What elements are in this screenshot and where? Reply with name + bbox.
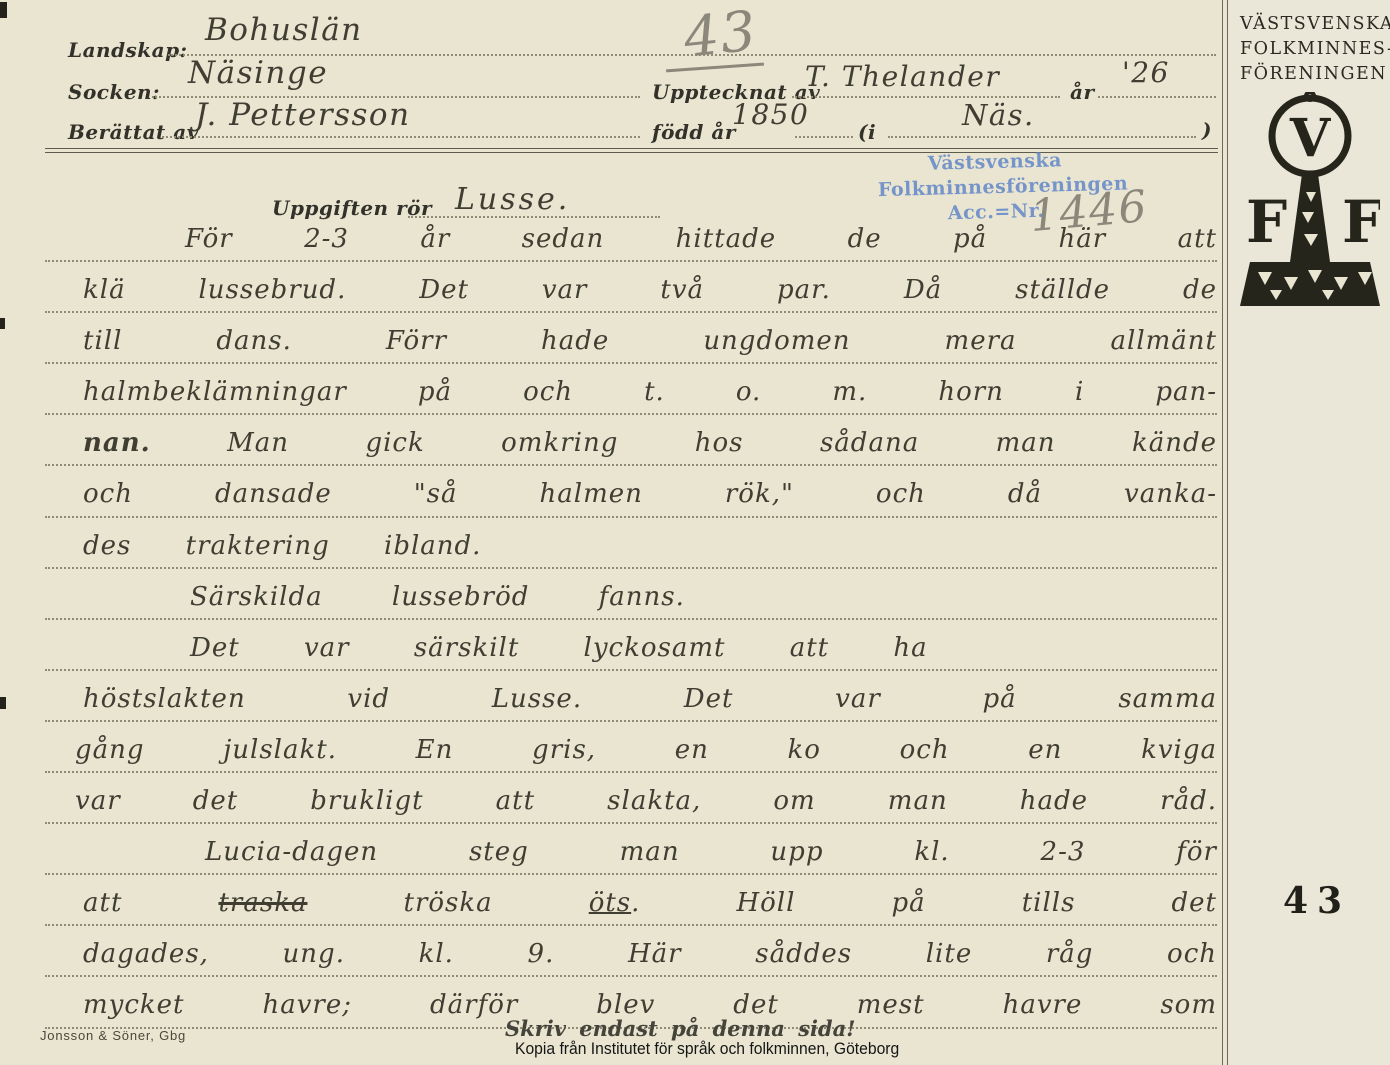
handwritten-text: höstslakten vid Lusse. Det var på samma <box>83 684 1217 714</box>
handwritten-line: des traktering ibland. <box>45 518 1217 569</box>
field-label-socken: Socken: <box>68 80 160 104</box>
handwritten-text: Särskilda lussebröd fanns. <box>190 582 685 612</box>
handwritten-text: des traktering ibland. <box>83 531 481 561</box>
scan-artifact <box>0 318 5 329</box>
monogram-f-right: F <box>1342 188 1380 256</box>
handwritten-line: Det var särskilt lyckosamt att ha <box>45 620 1217 671</box>
handwritten-line: var det brukligt att slakta, om man hade… <box>45 773 1217 824</box>
org-line: VÄSTSVENSKA <box>1240 12 1390 37</box>
handwritten-line: För 2-3 år sedan hittade de på här att <box>45 211 1217 262</box>
field-label-berattat: Berättat av <box>68 120 199 144</box>
handwritten-line: Särskilda lussebröd fanns. <box>45 569 1217 620</box>
printed-page-number: 43 <box>1283 880 1351 922</box>
archive-card-scan: Landskap: Bohuslän Socken: Näsinge Berät… <box>0 0 1390 1065</box>
printer-imprint: Jonsson & Söner, Gbg <box>40 1028 186 1043</box>
handwritten-text: Man gick omkring hos sådana man kände <box>151 428 1217 458</box>
handwritten-line: halmbeklämningar på och t. o. m. horn i … <box>45 364 1217 415</box>
copy-attribution: Kopia från Institutet för språk och folk… <box>515 1040 899 1059</box>
thors-hammer-logo-icon: V F F <box>1240 92 1380 317</box>
handwritten-text: Lucia-dagen steg man upp kl. 2-3 för <box>205 837 1217 867</box>
organization-name: VÄSTSVENSKA FOLKMINNES- FÖRENINGEN <box>1240 12 1390 87</box>
handwritten-text: öts <box>589 888 631 918</box>
paren-close: ) <box>1202 118 1212 142</box>
handwritten-line: gång julslakt. En gris, en ko och en kvi… <box>45 722 1217 773</box>
margin-divider <box>1222 0 1223 1065</box>
handwritten-text: och dansade "så halmen rök," och då vank… <box>83 479 1217 509</box>
handwritten-line: till dans. Förr hade ungdomen mera allmä… <box>45 313 1217 364</box>
handwritten-line: och dansade "så halmen rök," och då vank… <box>45 466 1217 517</box>
svg-text:V: V <box>1289 108 1332 169</box>
handwritten-line: höstslakten vid Lusse. Det var på samma <box>45 671 1217 722</box>
field-value-landskap: Bohuslän <box>205 12 363 48</box>
handwritten-line: nan. Man gick omkring hos sådana man kän… <box>45 415 1217 466</box>
pencil-page-number: 43 <box>681 0 760 70</box>
field-label-ar: år <box>1070 80 1095 104</box>
handwritten-text: Det var särskilt lyckosamt att ha <box>190 633 928 663</box>
org-line: FOLKMINNES- <box>1240 37 1390 62</box>
org-line: FÖRENINGEN <box>1240 62 1390 87</box>
handwritten-text: För 2-3 år sedan hittade de på här att <box>185 224 1217 254</box>
field-value-berattat: J. Pettersson <box>195 97 411 133</box>
dotted-rule <box>162 136 640 138</box>
write-only-instruction: Skriv endast på denna sida! <box>505 1016 855 1041</box>
field-value-ar: '26 <box>1122 56 1170 89</box>
handwritten-text: nan. <box>83 428 151 458</box>
body-lines: För 2-3 år sedan hittade de på här attkl… <box>45 211 1217 1029</box>
dotted-rule <box>795 136 853 138</box>
field-label-fodd: född år <box>652 120 736 144</box>
handwritten-text: gång julslakt. En gris, en ko och en kvi… <box>75 735 1217 765</box>
handwritten-line: dagades, ung. kl. 9. Här såddes lite råg… <box>45 926 1217 977</box>
monogram-f-left: F <box>1246 188 1287 256</box>
field-value-socken: Näsinge <box>188 55 328 91</box>
dotted-rule <box>1098 96 1216 98</box>
scan-artifact <box>0 2 7 18</box>
field-value-fodd: 1850 <box>732 98 809 131</box>
handwritten-line: att traska tröska öts. Höll på tills det <box>45 875 1217 926</box>
scan-artifact <box>0 697 6 709</box>
handwritten-line: Lucia-dagen steg man upp kl. 2-3 för <box>45 824 1217 875</box>
handwritten-text: tröska <box>307 888 588 918</box>
handwritten-text: var det brukligt att slakta, om man hade… <box>75 786 1217 816</box>
field-value-upptecknat: T. Thelander <box>805 60 1000 93</box>
handwritten-text: halmbeklämningar på och t. o. m. horn i … <box>83 377 1217 407</box>
paren-open: (i <box>858 120 876 144</box>
margin-column: VÄSTSVENSKA FOLKMINNES- FÖRENINGEN V <box>1228 0 1390 1065</box>
dotted-rule <box>888 136 1196 138</box>
handwritten-text: . Höll på tills det <box>631 888 1217 918</box>
handwritten-text: att <box>83 888 218 918</box>
field-label-landskap: Landskap: <box>68 38 188 62</box>
handwritten-text: traska <box>218 888 307 918</box>
handwritten-text: dagades, ung. kl. 9. Här såddes lite råg… <box>83 939 1217 969</box>
handwritten-text: till dans. Förr hade ungdomen mera allmä… <box>83 326 1217 356</box>
handwritten-text: klä lussebrud. Det var två par. Då ställ… <box>83 275 1217 305</box>
field-value-birthplace: Näs. <box>962 98 1035 132</box>
handwritten-line: klä lussebrud. Det var två par. Då ställ… <box>45 262 1217 313</box>
